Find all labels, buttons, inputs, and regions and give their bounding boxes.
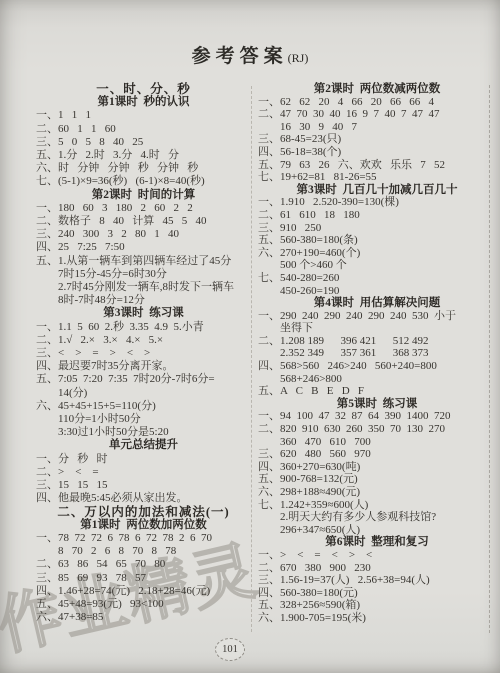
answer-line: 一、分 秒 时 bbox=[36, 453, 251, 466]
chapter-heading: 二、万以内的加法和减法(一) bbox=[36, 506, 251, 519]
answer-line: 五、328+256≈590(箱) bbox=[258, 599, 496, 612]
answer-line: 七、19+62=81 81-26=55 bbox=[258, 171, 496, 184]
answer-continuation-line: 坐得下 bbox=[258, 322, 496, 335]
answer-continuation-line: 2.352 349 357 361 368 373 bbox=[258, 347, 496, 360]
answer-key-page: 作业精灵 参考答案(RJ) 一、时、分、秒第1课时 秒的认识一、1 1 1二、6… bbox=[0, 0, 500, 673]
answer-line: 六、47+38=85 bbox=[36, 611, 251, 624]
page-title-edition: (RJ) bbox=[288, 51, 309, 65]
answer-continuation-line: 14(分) bbox=[36, 387, 251, 400]
answer-line: 一、94 100 47 32 87 64 390 1400 720 bbox=[258, 410, 496, 423]
answer-continuation-line: 3:30过1小时50分是5:20 bbox=[36, 426, 251, 439]
answer-line: 二、60 1 1 60 bbox=[36, 123, 251, 136]
page-title: 参考答案(RJ) bbox=[0, 41, 500, 68]
lesson-heading: 第1课时 两位数加两位数 bbox=[36, 519, 251, 532]
answer-continuation-line: 568+246>800 bbox=[258, 373, 496, 386]
answer-continuation-line: 7时15分-45分=6时30分 bbox=[36, 268, 251, 281]
answer-line: 二、1.208 189 396 421 512 492 bbox=[258, 335, 496, 348]
answer-line: 六、1.900-705=195(米) bbox=[258, 612, 496, 625]
answer-line: 二、63 86 54 65 70 80 bbox=[36, 558, 251, 571]
answer-line: 三、1.56-19=37(人) 2.56+38=94(人) bbox=[258, 574, 496, 587]
answer-line: 一、1.1 5 60 2.秒 3.35 4.9 5.小青 bbox=[36, 321, 251, 334]
lesson-heading: 第3课时 几百几十加减几百几十 bbox=[258, 184, 496, 197]
answer-line: 六、45+45+15+5=110(分) bbox=[36, 400, 251, 413]
answer-line: 五、1.分 2.时 3.分 4.时 分 bbox=[36, 149, 251, 162]
answer-continuation-line: 2.7时45分刚发一辆车,8时发下一辆车 bbox=[36, 281, 251, 294]
answer-continuation-line: 450-260=190 bbox=[258, 285, 496, 298]
answer-line: 三、620 480 560 970 bbox=[258, 448, 496, 461]
answer-line: 四、56-18=38(个) bbox=[258, 146, 496, 159]
answer-line: 二、47 70 30 40 16 9 7 40 7 47 47 bbox=[258, 108, 496, 121]
lesson-heading: 第2课时 时间的计算 bbox=[36, 189, 251, 202]
column-divider bbox=[251, 86, 252, 632]
answer-continuation-line: 8 70 2 6 8 70 8 78 bbox=[36, 545, 251, 558]
lesson-heading: 单元总结提升 bbox=[36, 439, 251, 452]
lesson-heading: 第1课时 秒的认识 bbox=[36, 96, 251, 109]
answer-continuation-line: 8时-7时48分=12分 bbox=[36, 294, 251, 307]
lesson-heading: 第4课时 用估算解决问题 bbox=[258, 297, 496, 310]
answer-continuation-line: 110分=1小时50分 bbox=[36, 413, 251, 426]
page-title-text: 参考答案 bbox=[192, 46, 288, 67]
answer-line: 七、1.242+359≈600(人) bbox=[258, 499, 496, 512]
page-number-badge: 101 bbox=[215, 638, 245, 661]
answer-line: 一、290 240 290 240 290 240 530 小于 bbox=[258, 310, 496, 323]
answer-line: 四、1.46+28=74(元) 2.18+28=46(元) bbox=[36, 585, 251, 598]
answer-line: 二、1.√ 2.× 3.× 4.× 5.× bbox=[36, 334, 251, 347]
lesson-heading: 第5课时 练习课 bbox=[258, 398, 496, 411]
answer-line: 二、670 380 900 230 bbox=[258, 562, 496, 575]
answer-line: 四、560-380=180(元) bbox=[258, 587, 496, 600]
answer-line: 六、时 分钟 分钟 秒 分钟 秒 bbox=[36, 162, 251, 175]
answer-line: 七、(5-1)×9=36(秒) (6-1)×8=40(秒) bbox=[36, 175, 251, 188]
answer-line: 五、7:05 7:20 7:35 7时20分-7时6分= bbox=[36, 373, 251, 386]
answer-line: 四、25 7:25 7:50 bbox=[36, 241, 251, 254]
answer-line: 一、180 60 3 180 2 60 2 2 bbox=[36, 202, 251, 215]
answer-line: 六、270+190=460(个) bbox=[258, 247, 496, 260]
answer-line: 三、85 69 93 78 57 bbox=[36, 572, 251, 585]
answer-line: 六、298+188≈490(元) bbox=[258, 486, 496, 499]
answer-continuation-line: 296+347≈650(人) bbox=[258, 524, 496, 537]
answer-line: 五、560-380=180(条) bbox=[258, 234, 496, 247]
answer-line: 一、1 1 1 bbox=[36, 109, 251, 122]
answer-line: 一、62 62 20 4 66 20 66 66 4 bbox=[258, 96, 496, 109]
lesson-heading: 第2课时 两位数减两位数 bbox=[258, 83, 496, 96]
answer-line: 三、15 15 15 bbox=[36, 479, 251, 492]
answer-line: 二、数格子 8 40 计算 45 5 40 bbox=[36, 215, 251, 228]
answer-line: 四、360+270=630(吨) bbox=[258, 461, 496, 474]
answer-line: 五、900-768=132(元) bbox=[258, 473, 496, 486]
answer-line: 四、他最晚5:45必须从家出发。 bbox=[36, 492, 251, 505]
answer-line: 二、61 610 18 180 bbox=[258, 209, 496, 222]
right-answer-column: 第2课时 两位数减两位数一、62 62 20 4 66 20 66 66 4二、… bbox=[258, 83, 496, 625]
lesson-heading: 第6课时 整理和复习 bbox=[258, 536, 496, 549]
left-answer-column: 一、时、分、秒第1课时 秒的认识一、1 1 1二、60 1 1 60三、5 0 … bbox=[36, 83, 251, 624]
answer-continuation-line: 2.明天大约有多少人参观科技馆? bbox=[258, 511, 496, 524]
answer-line: 二、820 910 630 260 350 70 130 270 bbox=[258, 423, 496, 436]
answer-continuation-line: 16 30 9 40 7 bbox=[258, 121, 496, 134]
answer-line: 一、> < = < > < bbox=[258, 549, 496, 562]
page-number: 101 bbox=[222, 644, 238, 655]
page-edge-line bbox=[489, 85, 490, 633]
answer-line: 四、568>560 246>240 560+240=800 bbox=[258, 360, 496, 373]
answer-line: 五、1.从第一辆车到第四辆车经过了45分 bbox=[36, 255, 251, 268]
answer-line: 三、910 250 bbox=[258, 222, 496, 235]
answer-line: 五、79 63 26 六、欢欢 乐乐 7 52 bbox=[258, 159, 496, 172]
answer-continuation-line: 360 470 610 700 bbox=[258, 436, 496, 449]
answer-line: 三、240 300 3 2 80 1 40 bbox=[36, 228, 251, 241]
answer-line: 五、A C B E D F bbox=[258, 385, 496, 398]
answer-line: 一、1.910 2.520-390=130(棵) bbox=[258, 196, 496, 209]
lesson-heading: 第3课时 练习课 bbox=[36, 307, 251, 320]
answer-line: 三、5 0 5 8 40 25 bbox=[36, 136, 251, 149]
chapter-heading: 一、时、分、秒 bbox=[36, 83, 251, 96]
answer-line: 四、最迟要7时35分离开家。 bbox=[36, 360, 251, 373]
answer-line: 五、45+48=93(元) 93<100 bbox=[36, 598, 251, 611]
answer-line: 三、68-45=23(只) bbox=[258, 133, 496, 146]
answer-continuation-line: 500 个>460 个 bbox=[258, 259, 496, 272]
answer-line: 七、540-280=260 bbox=[258, 272, 496, 285]
answer-line: 三、< > = > < > bbox=[36, 347, 251, 360]
answer-line: 二、> < = bbox=[36, 466, 251, 479]
answer-line: 一、78 72 72 6 78 6 72 78 2 6 70 bbox=[36, 532, 251, 545]
